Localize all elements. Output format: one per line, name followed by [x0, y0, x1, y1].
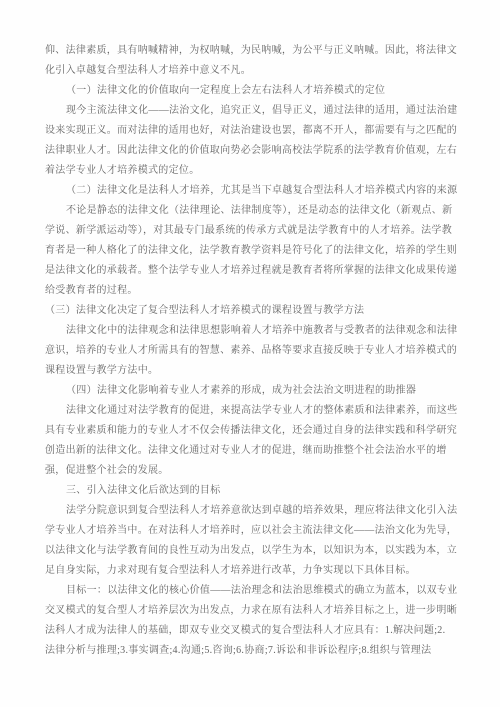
text-line: 课程设置与教学方法中。	[45, 361, 459, 381]
text-line: 育者是一种人格化了的法律文化，法学教育教学资料是符号化了的法律文化，培养的学生则	[45, 241, 459, 261]
text-line: 着法学专业人才培养模式的定位。	[45, 161, 459, 181]
text-line: （四）法律文化影响着专业人才素养的形成，成为社会法治文明进程的助推器	[45, 381, 459, 401]
text-line: 仰、法律素质，具有呐喊精神，为权呐喊，为民呐喊，为公平与正义呐喊。因此，将法律文	[45, 41, 459, 61]
text-line: （一）法律文化的价值取向一定程度上会左右法科人才培养模式的定位	[45, 81, 459, 101]
text-line: （三）法律文化决定了复合型法科人才培养模式的课程设置与教学方法	[45, 301, 459, 321]
text-line: 法律职业人才。因此法律文化的价值取向势必会影响高校法学院系的法学教育价值观，左右	[45, 141, 459, 161]
text-line: 法律文化中的法律观念和法律思想影响着人才培养中施教者与受教者的法律观念和法律	[45, 321, 459, 341]
text-line: 具有专业素质和能力的专业人才不仅会传播法律文化，还会通过自身的法律实践和科学研究	[45, 421, 459, 441]
text-line: 法律分析与推理;3.事实调查;4.沟通;5.咨询;6.协商;7.诉讼和非诉讼程序…	[45, 641, 459, 661]
text-line: 化引入卓越复合型法科人才培养中意义不凡。	[45, 61, 459, 81]
text-line: 足自身实际，力求对现有复合型法科人才培养进行改革，力争实现以下具体目标。	[45, 561, 459, 581]
text-line: 三、引入法律文化后欲达到的目标	[45, 481, 459, 501]
text-line: 学说、新学派运动等），对其最专门最系统的传承方式就是法学教育中的人才培养。法学教	[45, 221, 459, 241]
text-line: 法学分院意识到复合型法科人才培养意欲达到卓越的培养效果，理应将法律文化引入法	[45, 501, 459, 521]
text-line: 是法律文化的承载者。整个法学专业人才培养过程就是教育者将所掌握的法律文化成果传递	[45, 261, 459, 281]
text-line: 交叉模式的复合型人才培养层次为出发点，力求在原有法科人才培养目标之上，进一步明晰	[45, 601, 459, 621]
text-line: 给受教育者的过程。	[45, 281, 459, 301]
text-line: （二）法律文化是法科人才培养，尤其是当下卓越复合型法科人才培养模式内容的来源	[45, 181, 459, 201]
text-line: 意识，培养的专业人才所需具有的智慧、素养、品格等要求直接反映于专业人才培养模式的	[45, 341, 459, 361]
text-line: 不论是静态的法律文化（法律理论、法律制度等），还是动态的法律文化（新观点、新	[45, 201, 459, 221]
text-line: 设来实现正义。而对法律的适用也好，对法治建设也罢，都离不开人，都需要有与之匹配的	[45, 121, 459, 141]
text-line: 强，促进整个社会的发展。	[45, 461, 459, 481]
document-text: 仰、法律素质，具有呐喊精神，为权呐喊，为民呐喊，为公平与正义呐喊。因此，将法律文…	[45, 41, 459, 661]
text-line: 学专业人才培养当中。在对法科人才培养时，应以社会主流法律文化——法治文化为先导，	[45, 521, 459, 541]
text-line: 法律文化通过对法学教育的促进，来提高法学专业人才的整体素质和法律素养，而这些	[45, 401, 459, 421]
document-page: 仰、法律素质，具有呐喊精神，为权呐喊，为民呐喊，为公平与正义呐喊。因此，将法律文…	[0, 0, 500, 707]
text-line: 以法律文化与法学教育间的良性互动为出发点，以学生为本，以知识为本，以实践为本，立	[45, 541, 459, 561]
text-line: 创造出新的法律文化。法律文化通过对专业人才的促进，继而助推整个社会法治水平的增	[45, 441, 459, 461]
text-line: 目标一：以法律文化的核心价值——法治理念和法治思维模式的确立为蓝本，以双专业	[45, 581, 459, 601]
text-line: 现今主流法律文化——法治文化，追究正义，倡导正义，通过法律的适用，通过法治建	[45, 101, 459, 121]
text-line: 法科人才成为法律人的基础，即双专业交叉模式的复合型法科人才应具有：1.解决问题;…	[45, 621, 459, 641]
